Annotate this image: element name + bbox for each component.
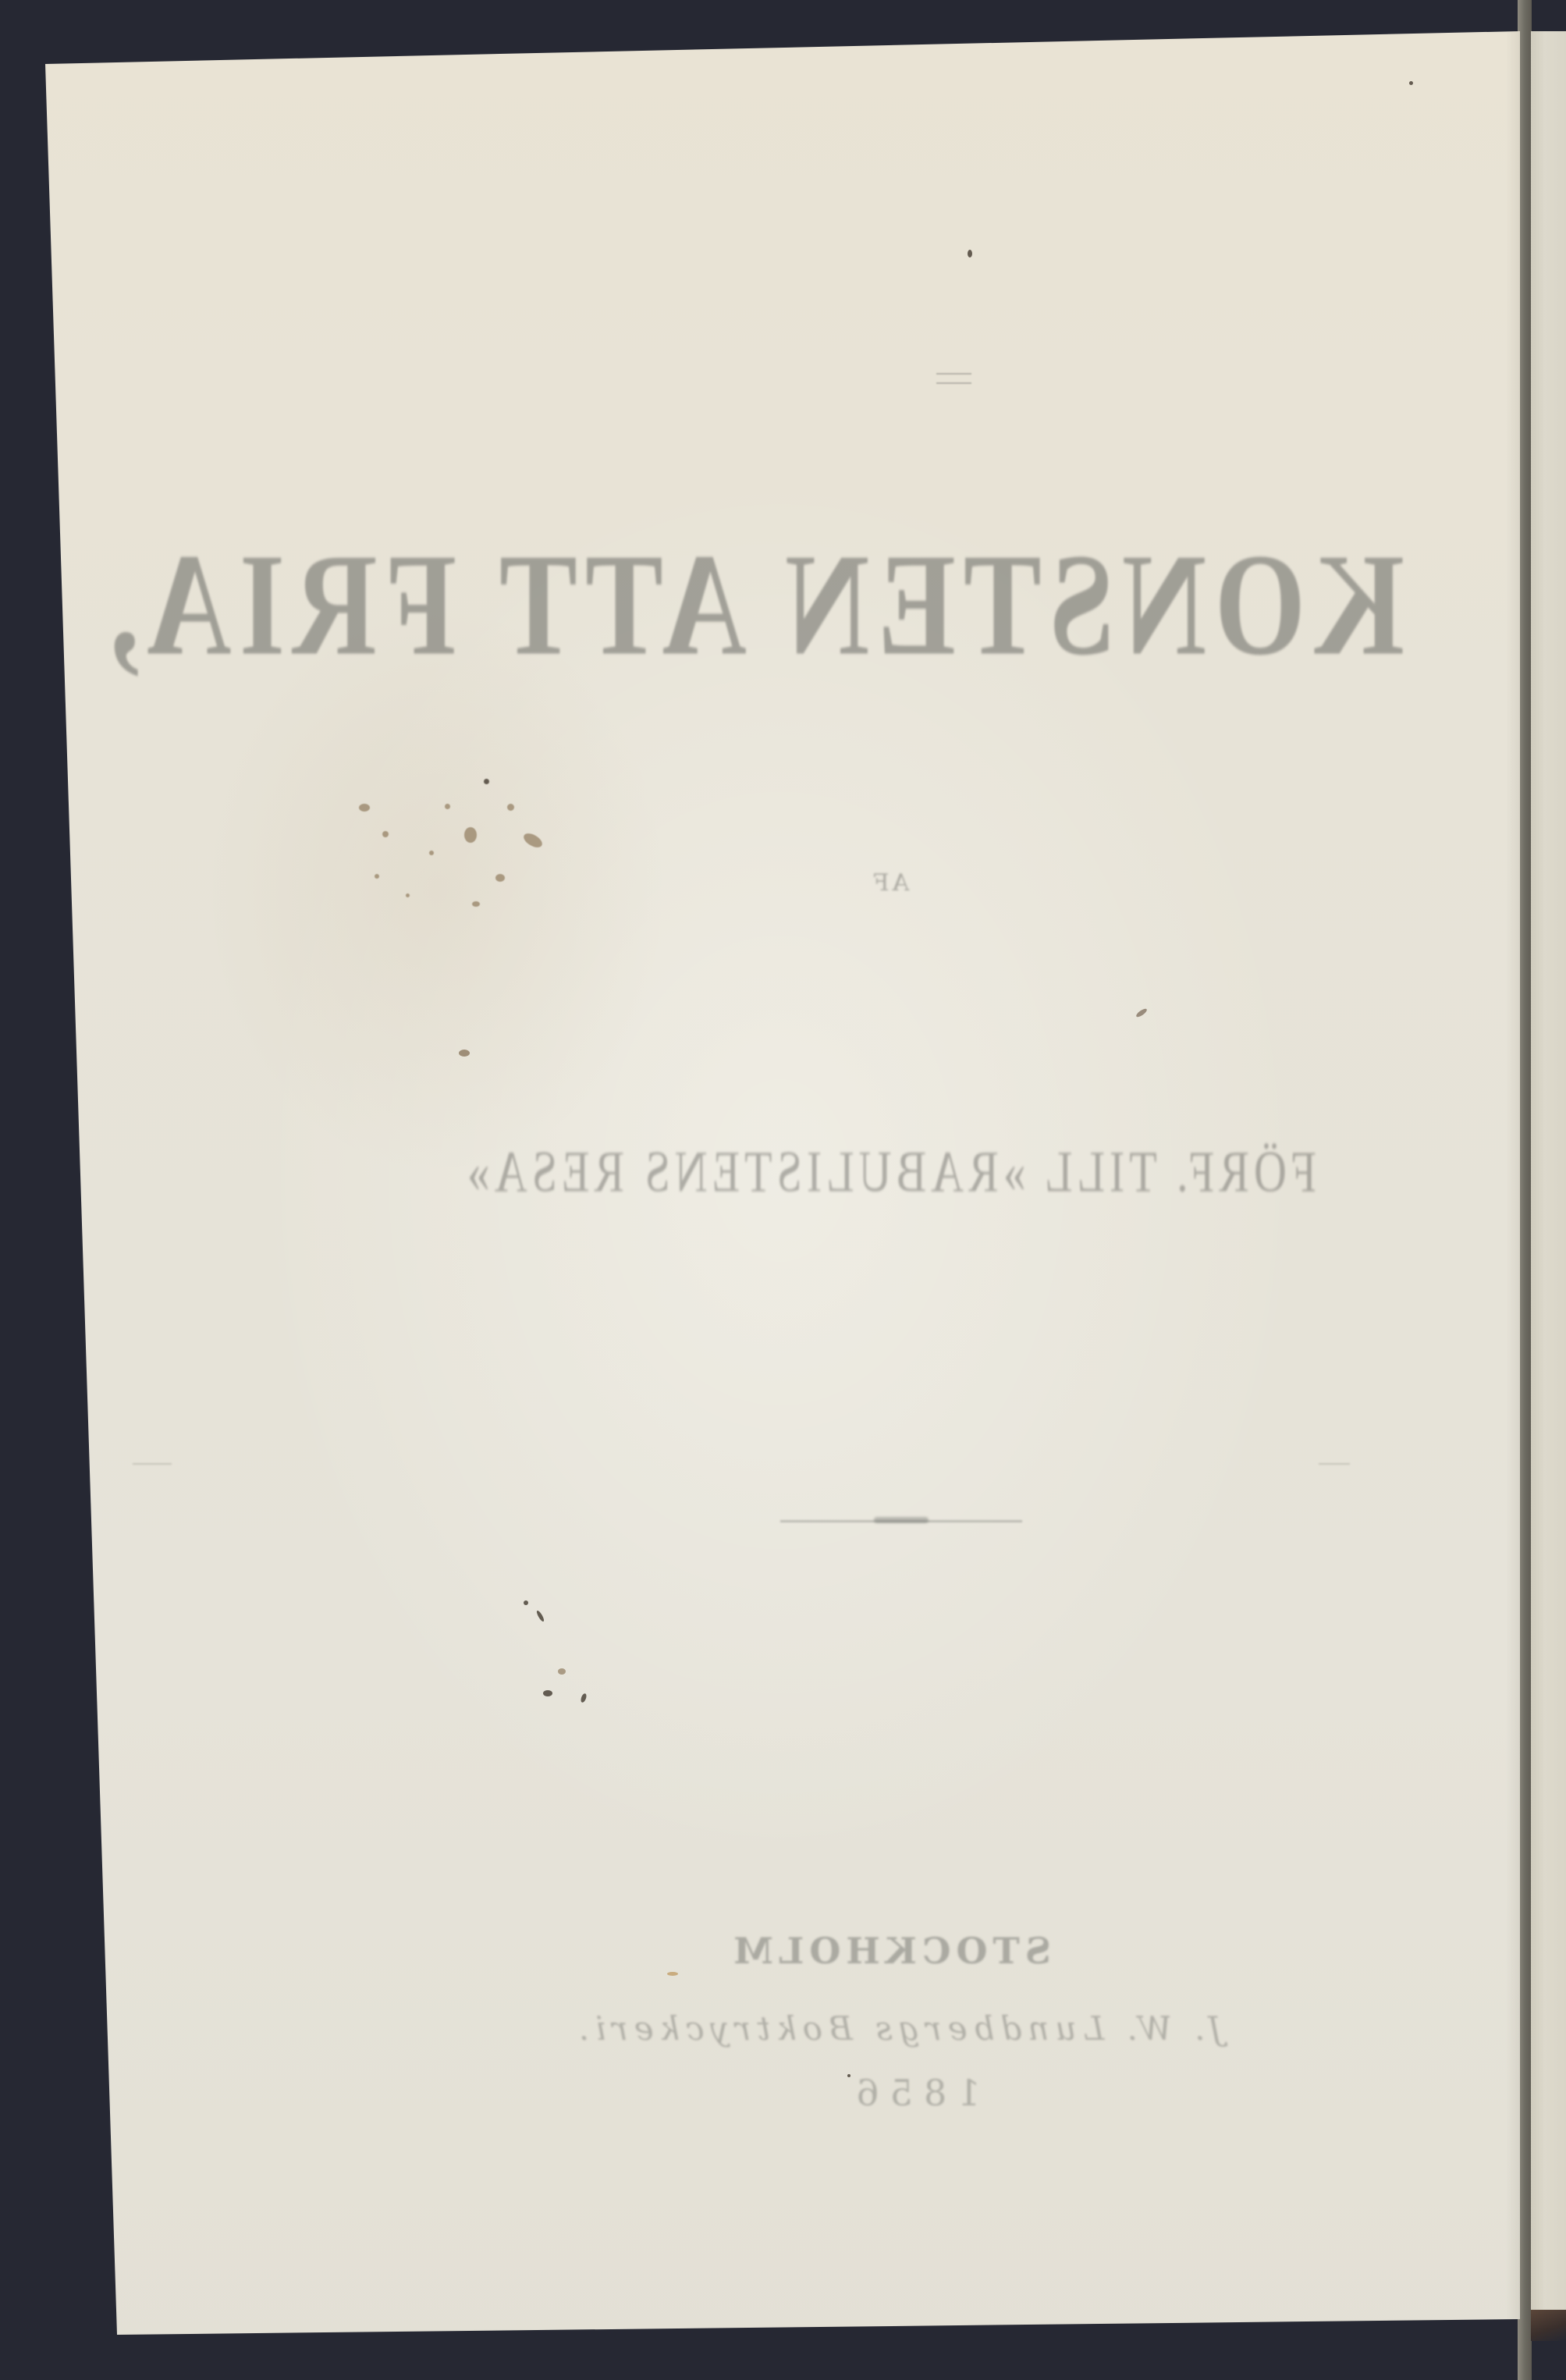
- show-through-title: KONSTEN ATT FRIA,: [312, 522, 1404, 688]
- ink-speck: [524, 1600, 528, 1605]
- ink-speck: [1135, 1007, 1149, 1018]
- faint-mark: [133, 1463, 172, 1465]
- book-page: KONSTEN ATT FRIA, AF FÖRF. TILL »RABULIS…: [0, 0, 1566, 2380]
- ink-speck: [847, 2074, 850, 2077]
- adjacent-page-corner: [1531, 2310, 1566, 2341]
- rule-ornament: [874, 1517, 929, 1523]
- show-through-author-line: FÖRF. TILL »RABULISTENS RESA»: [453, 1131, 1326, 1213]
- show-through-imprint-year: 1856: [811, 2069, 1014, 2116]
- show-through-imprint-printer: J. W. Lundbergs Boktryckeri.: [546, 2005, 1248, 2052]
- ink-speck: [558, 1668, 566, 1675]
- ink-speck: [968, 250, 972, 258]
- double-dash-ornament: [936, 373, 971, 384]
- ink-speck: [580, 1693, 588, 1703]
- faint-mark: [1319, 1463, 1350, 1465]
- ink-speck: [667, 1972, 678, 1976]
- ink-speck: [543, 1690, 552, 1696]
- adjacent-page-edge: [1531, 31, 1566, 2319]
- foxing-stain: [328, 757, 562, 936]
- show-through-byline: AF: [843, 868, 936, 899]
- show-through-imprint-city: STOCKHOLM: [702, 1927, 1077, 1974]
- ink-speck: [459, 1050, 470, 1057]
- ink-speck: [1409, 81, 1413, 85]
- ink-speck: [535, 1610, 545, 1622]
- page-edge-shade: [1506, 31, 1520, 2319]
